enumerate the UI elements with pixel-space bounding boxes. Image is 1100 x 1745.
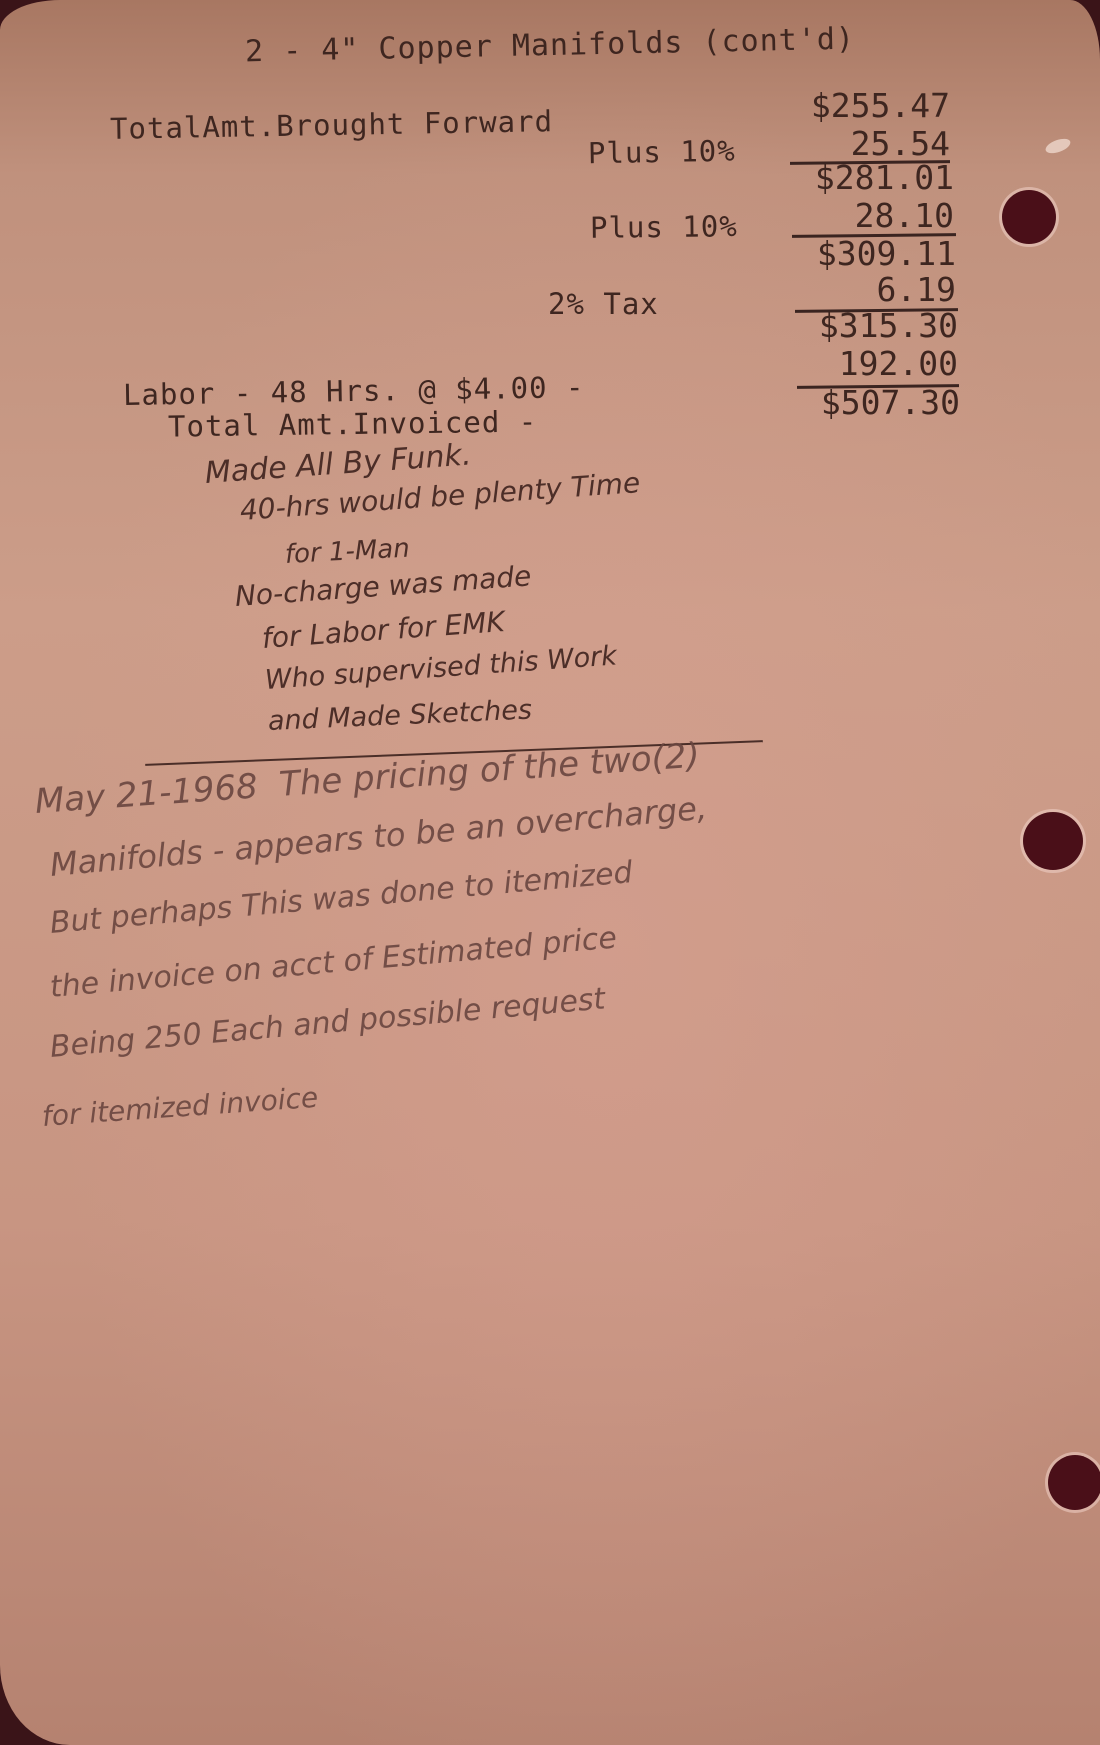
amount-brought-forward: $255.47: [780, 86, 950, 125]
ledger-page: 2 - 4" Copper Manifolds (cont'd) TotalAm…: [0, 0, 1100, 1745]
handwritten-note-line: for 1-Man: [284, 533, 410, 569]
handwritten-note-line: for itemized invoice: [41, 1081, 319, 1133]
amount-labor: 192.00: [788, 344, 958, 383]
brought-forward-label: TotalAmt.Brought Forward: [110, 104, 554, 146]
amount-subtotal-1: $281.01: [784, 158, 954, 197]
page-title: 2 - 4" Copper Manifolds (cont'd): [245, 22, 856, 70]
plus-10-label-2: Plus 10%: [590, 209, 738, 245]
amount-plus-10-2: 28.10: [784, 196, 954, 235]
tax-label: 2% Tax: [548, 287, 659, 321]
handwritten-note-line: and Made Sketches: [267, 694, 532, 736]
amount-total-invoiced: $507.30: [790, 383, 960, 422]
handwritten-note-line: No-charge was made: [234, 559, 532, 613]
handwritten-note-line: for Labor for EMK: [261, 605, 506, 655]
total-invoiced-label: Total Amt.Invoiced -: [168, 404, 538, 443]
paper-tear: [1044, 136, 1073, 156]
amount-tax: 6.19: [786, 270, 956, 309]
punch-hole: [1002, 190, 1056, 244]
punch-hole: [1023, 812, 1083, 870]
amount-subtotal-2: $309.11: [786, 234, 956, 273]
punch-hole: [1048, 1455, 1100, 1510]
amount-subtotal-3: $315.30: [788, 306, 958, 345]
plus-10-label-1: Plus 10%: [588, 134, 736, 171]
